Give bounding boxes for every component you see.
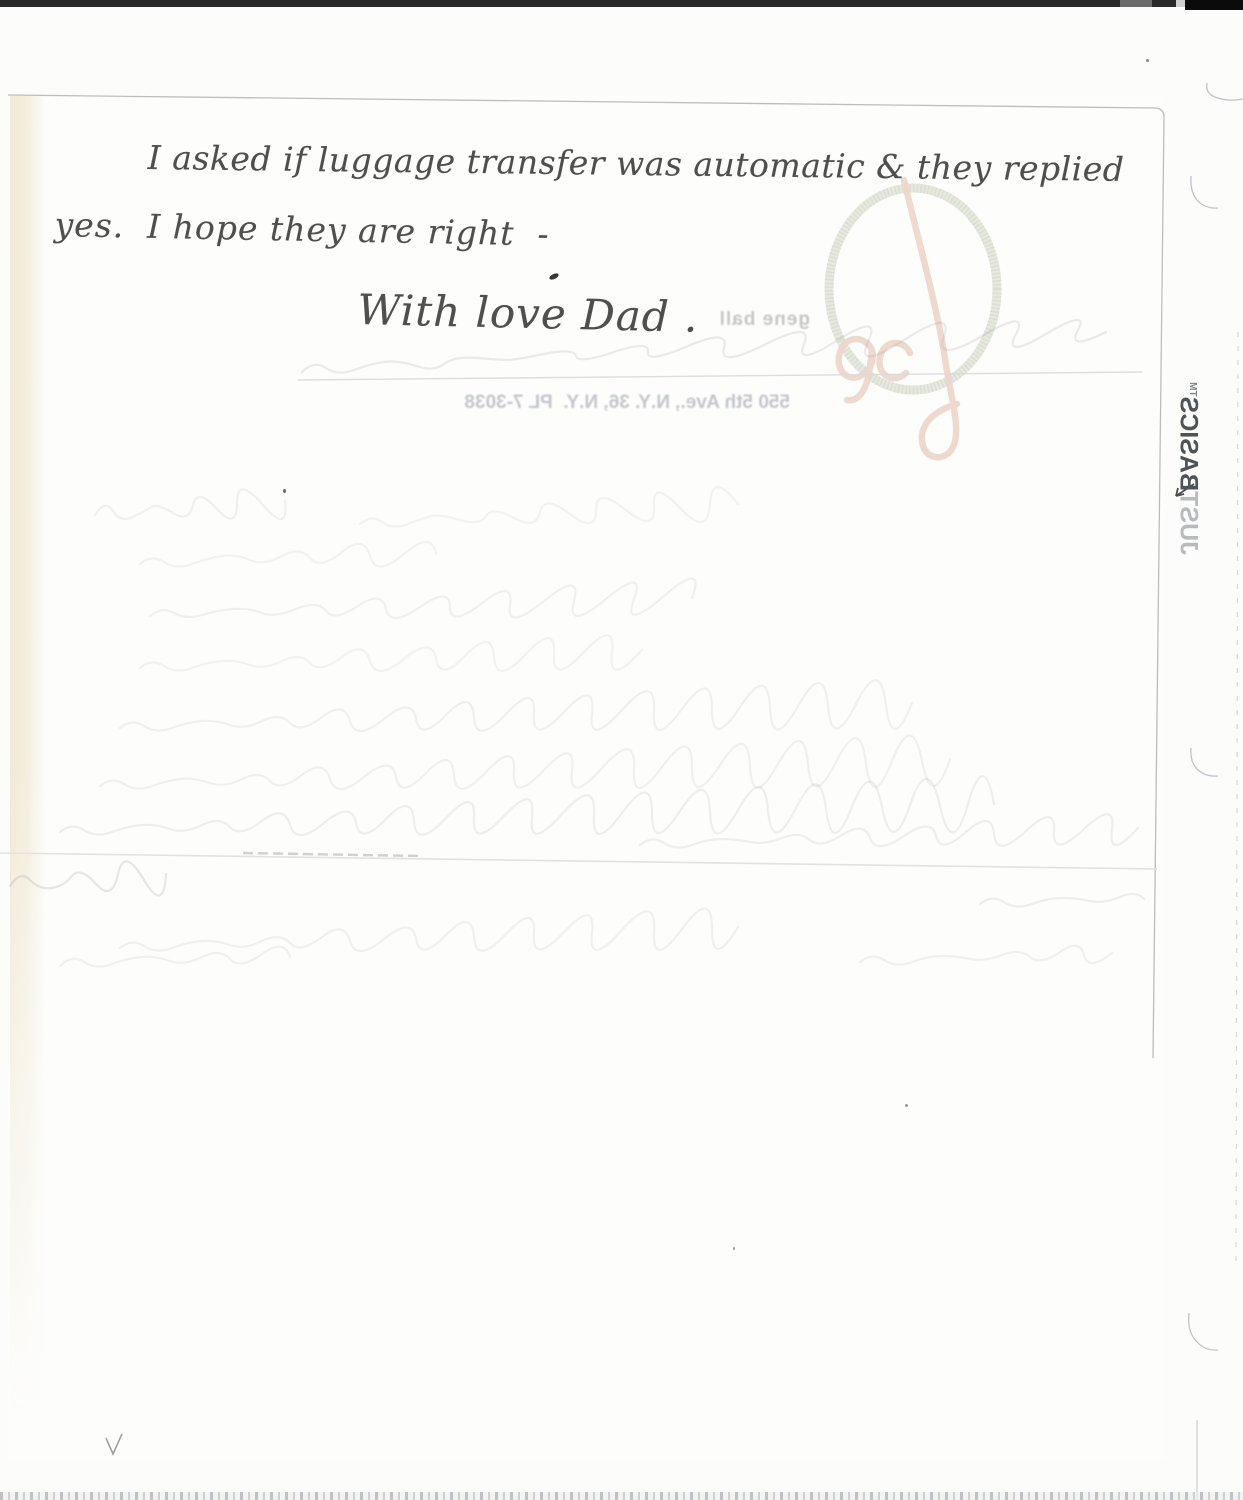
ghost-letterhead-rule [298,372,1142,380]
ink-speck [283,489,286,493]
scanned-letter-page: I asked if luggage transfer was automati… [0,0,1243,1500]
hole-notch-1 [1207,83,1243,100]
pencil-check-mark [106,1434,122,1454]
edge-branding-trademark: TM [1187,382,1198,396]
fold-crease-dark-segment [243,853,423,856]
edge-branding: JUSTBASICSTM [1169,385,1215,555]
edge-branding-just: JUST [1175,491,1203,555]
bleed-through-smudges [10,320,1144,967]
ink-speck [1146,59,1149,62]
ink-speck [733,1247,735,1250]
handwriting-closing: With love Dad . [357,285,699,342]
edge-branding-basics: BASICS [1175,397,1203,491]
hole-notch-3 [1191,748,1218,776]
hole-notch-4 [1189,1313,1218,1350]
scanner-bottom-edge-strip [0,1492,1243,1500]
hole-notch-2 [1191,176,1218,208]
ink-speck [905,1104,908,1107]
fold-crease-line [0,853,1157,869]
ghost-letterhead-name: gene ball [686,309,810,331]
backing-sheet-dashed-edge [1236,332,1238,1268]
ghost-letterhead-address: 550 5th Ave., N.Y. 36, N.Y. PL 7-3038 [370,392,790,414]
watermark-monogram [839,180,957,457]
